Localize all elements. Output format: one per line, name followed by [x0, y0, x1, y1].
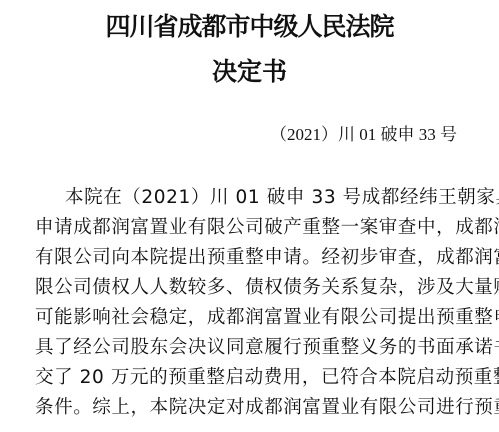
body-line: 条件。综上，本院决定对成都润富置业有限公司进行预重整。 [35, 393, 465, 423]
body-line: 交了 20 万元的预重整启动费用，已符合本院启动预重整申请的 [35, 363, 465, 393]
body-line: 具了经公司股东会决议同意履行预重整义务的书面承诺书，并预 [35, 333, 465, 363]
case-number: （2021）川 01 破申 33 号 [270, 124, 457, 146]
decision-body: 本院在（2021）川 01 破申 33 号成都经纬王朝家具有限公司 申请成都润富… [35, 183, 465, 423]
court-name-heading: 四川省成都市中级人民法院 [0, 12, 499, 42]
body-line: 限公司债权人人数较多、债权债务关系复杂，涉及大量购房业主， [35, 273, 465, 303]
body-line: 有限公司向本院提出预重整申请。经初步审查，成都润富置业有 [35, 243, 465, 273]
body-line: 本院在（2021）川 01 破申 33 号成都经纬王朝家具有限公司 [35, 183, 465, 213]
document-type-heading: 决定书 [0, 57, 499, 87]
body-line: 可能影响社会稳定，成都润富置业有限公司提出预重整申请，出 [35, 303, 465, 333]
body-line: 申请成都润富置业有限公司破产重整一案审查中，成都润富置业 [35, 213, 465, 243]
